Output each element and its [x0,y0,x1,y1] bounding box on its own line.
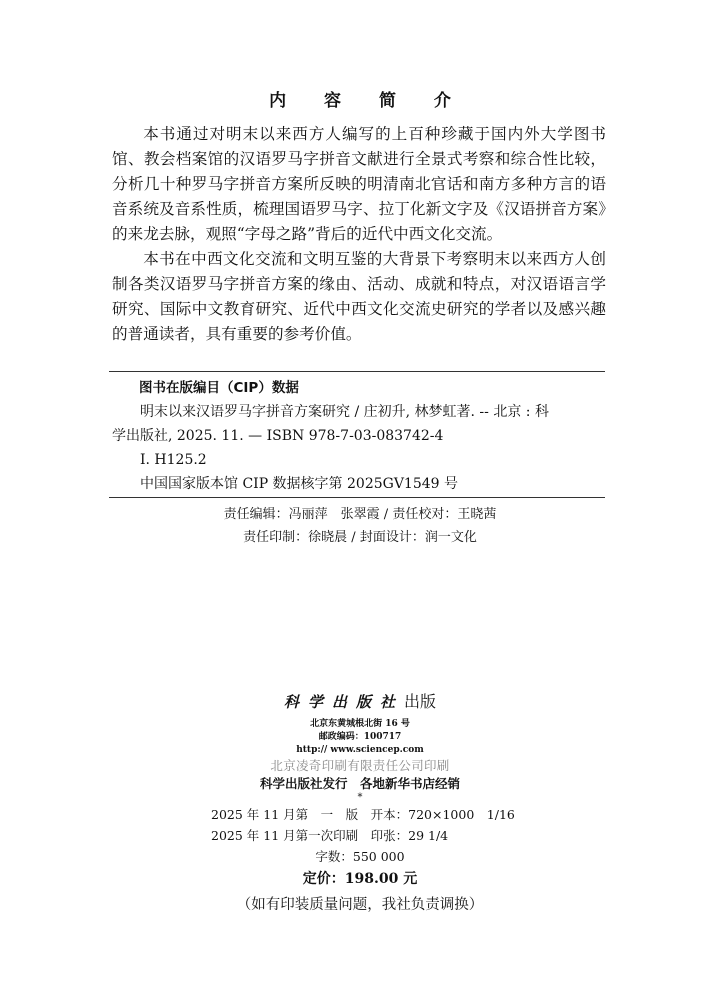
page-title: 内 容 简 介 [0,86,720,111]
cip-record-line-2: 学出版社, 2025. 11. — ISBN 978-7-03-083742-4 [112,424,606,448]
abstract-paragraph-2: 本书在中西文化交流和文明互鉴的大背景下考察明末以来西方人创制各类汉语罗马字拼音方… [112,247,606,347]
quality-notice: （如有印装质量问题，我社负责调换） [0,891,720,919]
production-credits: 责任印制：徐晓晨 / 封面设计：润一文化 [0,526,720,549]
editor-credits: 责任编辑：冯丽萍 张翠霞 / 责任校对：王晓茜 [0,503,720,526]
publisher-line: 科学出版社出版 [0,690,720,714]
printing-info: 2025 年 11 月第一次印刷 印张：29 1/4 [0,825,720,846]
cip-heading: 图书在版编目（CIP）数据 [112,376,606,400]
cip-approval-number: 中国国家版本馆 CIP 数据核字第 2025GV1549 号 [112,472,606,496]
price: 定价：198.00 元 [0,867,720,891]
word-count: 字数：550 000 [0,846,720,867]
cip-top-divider [109,371,605,372]
publisher-postcode: 邮政编码：100717 [0,731,720,744]
distribution-line: 科学出版社发行 各地新华书店经销 [0,775,720,792]
cip-classification: Ⅰ. H125.2 [112,448,606,472]
cip-record-line-1: 明末以来汉语罗马字拼音方案研究 / 庄初升, 林梦虹著. -- 北京 : 科 [112,400,606,424]
publisher-logo-text: 科学出版社 [284,693,404,711]
staff-credits: 责任编辑：冯丽萍 张翠霞 / 责任校对：王晓茜 责任印制：徐晓晨 / 封面设计：… [0,503,720,549]
colophon: 科学出版社出版 北京东黄城根北街 16 号 邮政编码：100717 http:/… [0,690,720,919]
cip-bottom-divider [109,497,605,498]
abstract-section: 本书通过对明末以来西方人编写的上百种珍藏于国内外大学图书馆、教会档案馆的汉语罗马… [112,122,606,347]
publisher-website: http:// www.sciencep.com [0,744,720,757]
publisher-address: 北京东黄城根北街 16 号 [0,718,720,731]
abstract-paragraph-1: 本书通过对明末以来西方人编写的上百种珍藏于国内外大学图书馆、教会档案馆的汉语罗马… [112,122,606,247]
printer-line: 北京凌奇印刷有限责任公司印刷 [0,757,720,775]
cip-block: 图书在版编目（CIP）数据 明末以来汉语罗马字拼音方案研究 / 庄初升, 林梦虹… [112,376,606,496]
separator-star: * [0,792,720,804]
publisher-suffix: 出版 [404,692,436,711]
edition-info: 2025 年 11 月第 一 版 开本：720×1000 1/16 [0,804,720,825]
